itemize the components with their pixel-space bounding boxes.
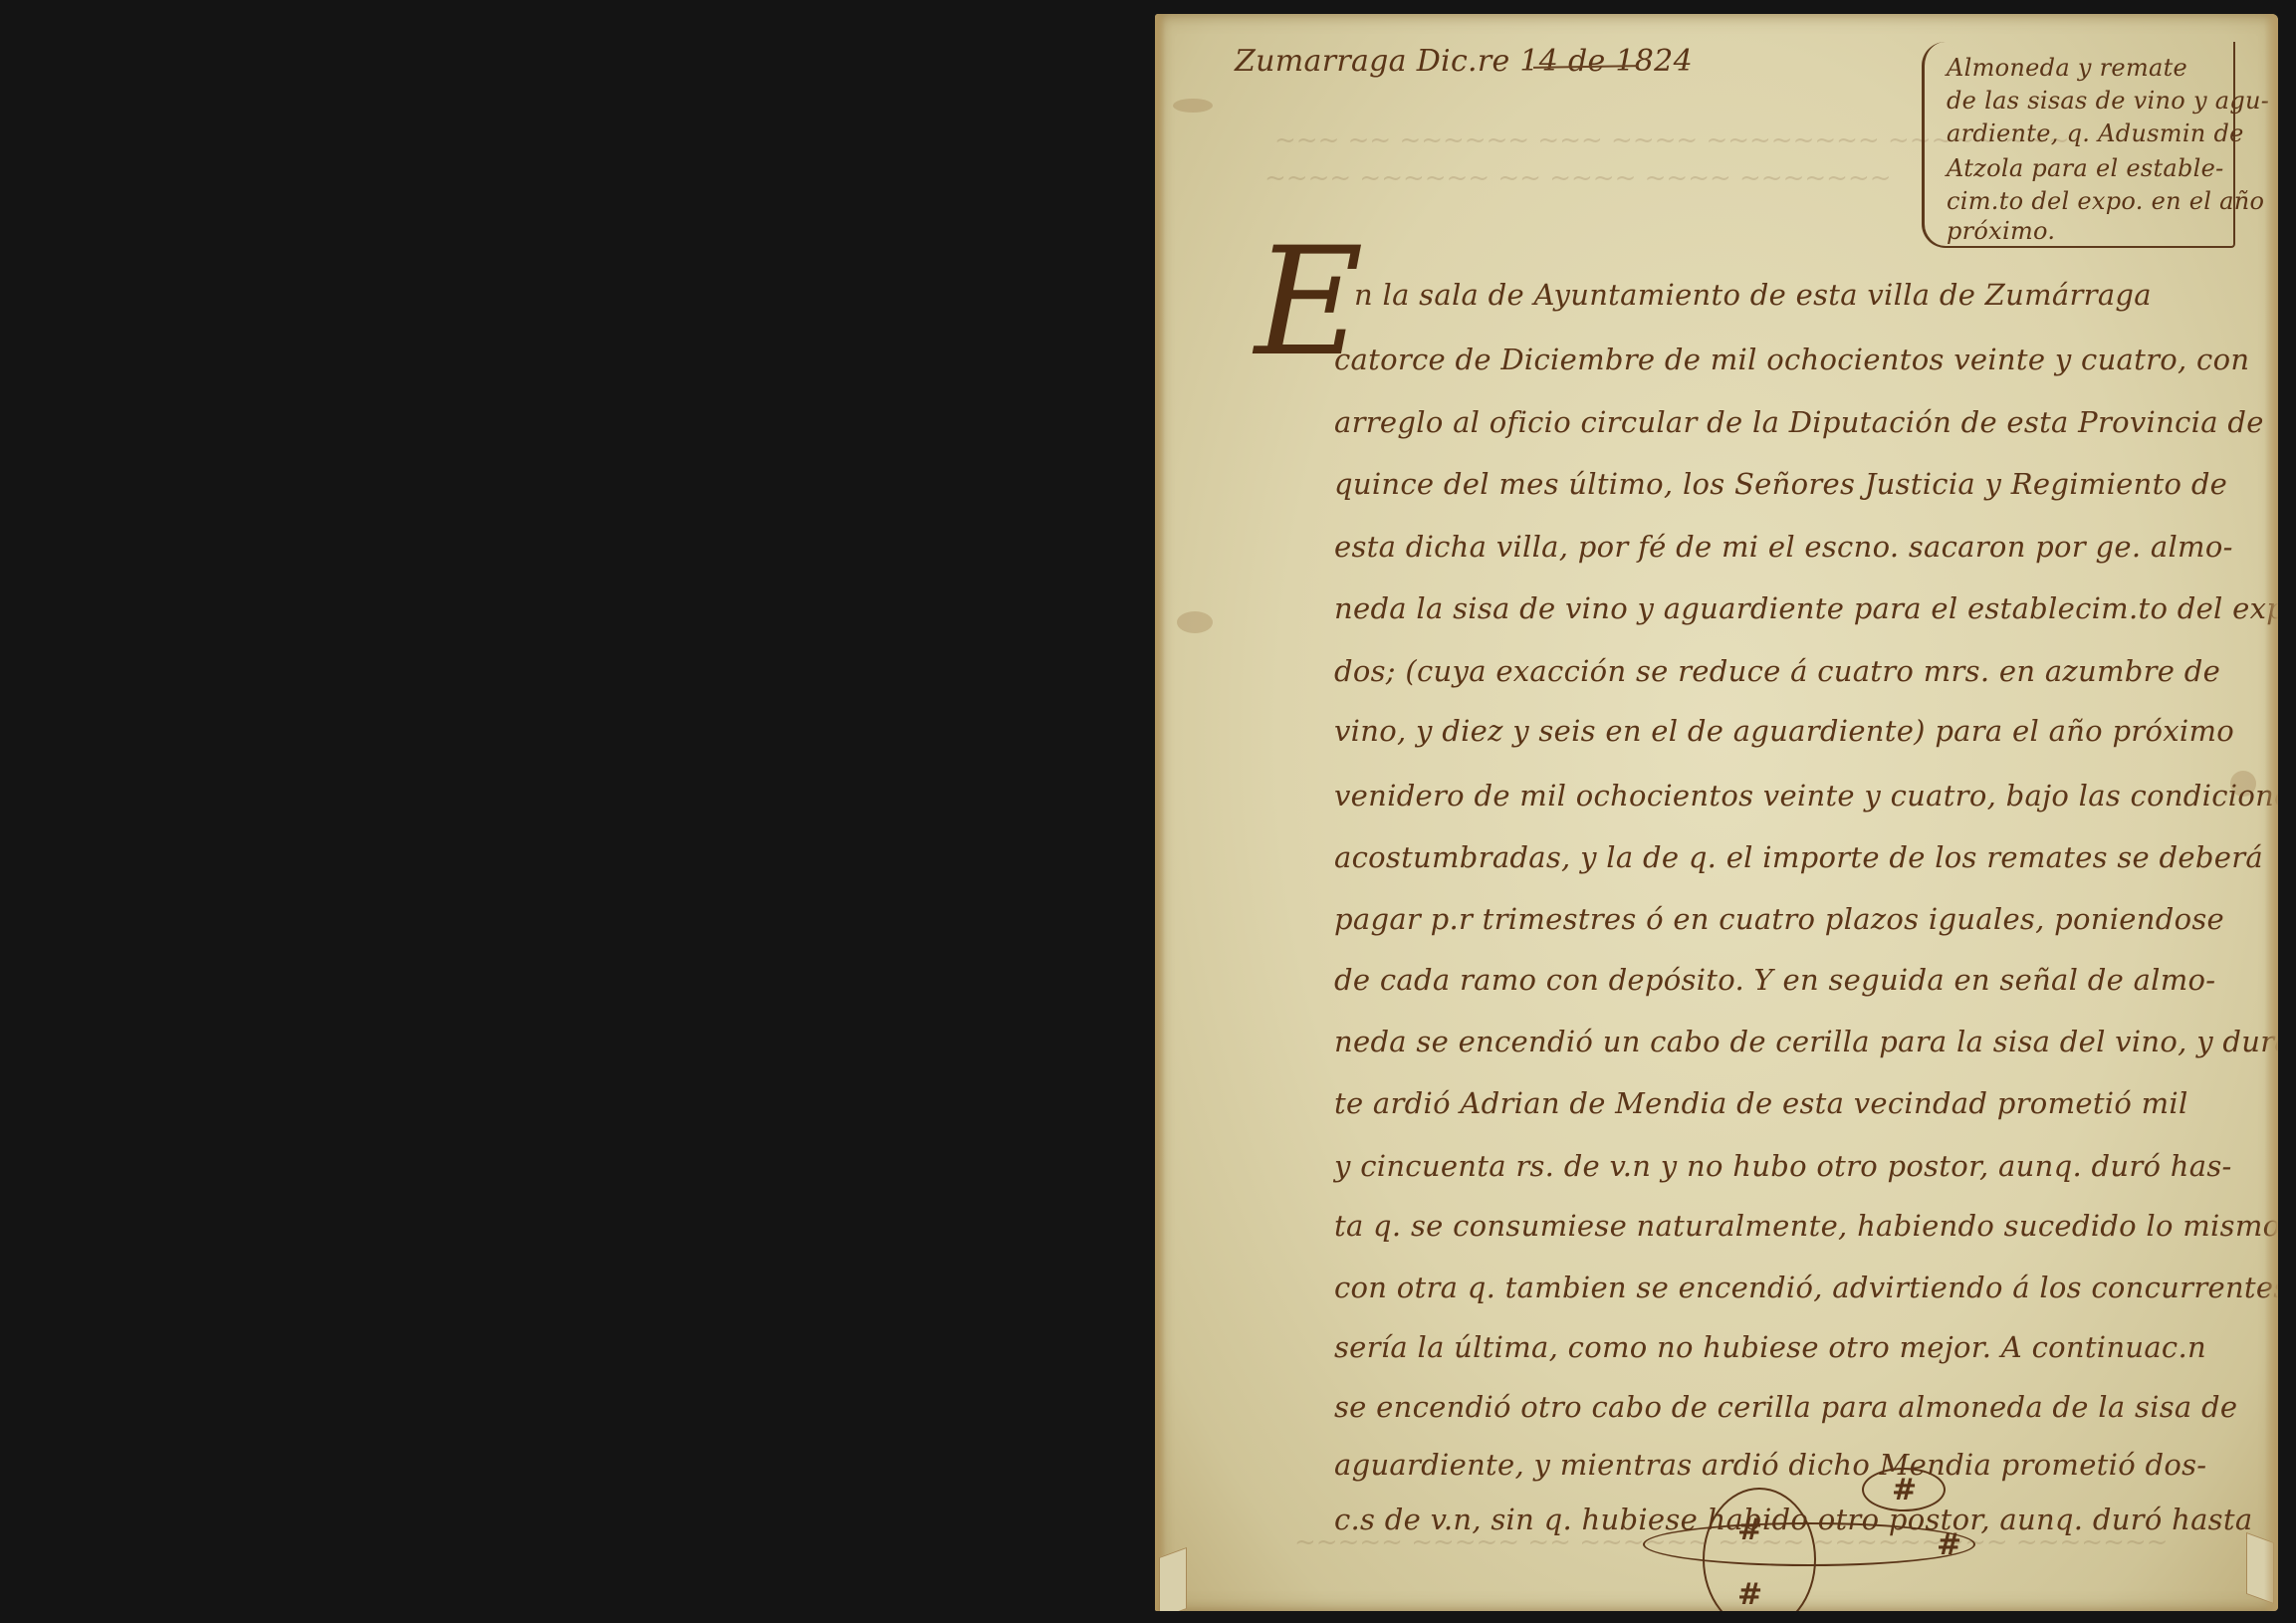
rubric-flourish: # # # # [1603, 1468, 1922, 1587]
body-line: esta dicha villa, por fé de mi el escno.… [1334, 530, 2233, 564]
margin-note-line: ardiente, q. Adusmin de [1947, 119, 2244, 147]
body-line: sería la última, como no hubiese otro me… [1334, 1330, 2206, 1364]
empty-background [0, 0, 1153, 1623]
body-line: dos; (cuya exacción se reduce á cuatro m… [1334, 654, 2220, 688]
body-line: neda la sisa de vino y aguardiente para … [1334, 591, 2278, 625]
image-viewer: ~~~ ~~ ~~~~~~ ~~~ ~~~~ ~~~~~~~~ ~~~~~ ~~… [0, 0, 2296, 1623]
body-line: pagar p.r trimestres ó en cuatro plazos … [1334, 902, 2224, 936]
body-line: neda se encendió un cabo de cerilla para… [1334, 1025, 2278, 1058]
rubric-loop [1643, 1522, 1975, 1566]
rubric-mark: # [1737, 1512, 1762, 1547]
margin-note-line: cim.to del expo. en el año [1947, 187, 2264, 215]
body-line: vino, y diez y seis en el de aguardiente… [1334, 714, 2234, 748]
body-line: te ardió Adrian de Mendia de esta vecind… [1334, 1086, 2188, 1120]
rubric-mark: # [1737, 1577, 1762, 1611]
rubric-mark: # [1937, 1527, 1961, 1562]
corner-fold [2246, 1532, 2274, 1604]
paper-stain [1177, 611, 1213, 633]
body-line: acostumbradas, y la de q. el importe de … [1334, 840, 2263, 874]
body-line: arreglo al oficio circular de la Diputac… [1334, 405, 2264, 439]
document-header: Zumarraga Dic.re 14 de 1824 [1235, 44, 1693, 79]
body-line: y cincuenta rs. de v.n y no hubo otro po… [1334, 1149, 2232, 1183]
margin-note-line: de las sisas de vino y agu- [1947, 87, 2269, 115]
body-line: venidero de mil ochocientos veinte y cua… [1334, 779, 2278, 812]
body-line: con otra q. tambien se encendió, advirti… [1334, 1271, 2278, 1304]
manuscript-page: ~~~ ~~ ~~~~~~ ~~~ ~~~~ ~~~~~~~~ ~~~~~ ~~… [1155, 14, 2278, 1611]
body-line: catorce de Diciembre de mil ochocientos … [1334, 343, 2249, 376]
corner-fold [1159, 1547, 1187, 1611]
margin-note: Almoneda y remate de las sisas de vino y… [1922, 42, 2235, 248]
margin-note-line: próximo. [1947, 217, 2055, 245]
body-line: ta q. se consumiese naturalmente, habien… [1334, 1209, 2278, 1243]
rubric-mark: # [1892, 1473, 1917, 1507]
margin-note-line: Atzola para el estable- [1947, 154, 2224, 182]
paper-stain [1173, 99, 1213, 113]
body-line: n la sala de Ayuntamiento de esta villa … [1354, 278, 2152, 312]
body-line: de cada ramo con depósito. Y en seguida … [1334, 963, 2215, 997]
body-line: quince del mes último, los Señores Justi… [1334, 467, 2227, 501]
margin-note-line: Almoneda y remate [1947, 54, 2187, 82]
body-line: se encendió otro cabo de cerilla para al… [1334, 1390, 2237, 1424]
bleed-through-text: ~~~~ ~~~~~~ ~~ ~~~~ ~~~~ ~~~~~~~ [1264, 163, 1892, 193]
